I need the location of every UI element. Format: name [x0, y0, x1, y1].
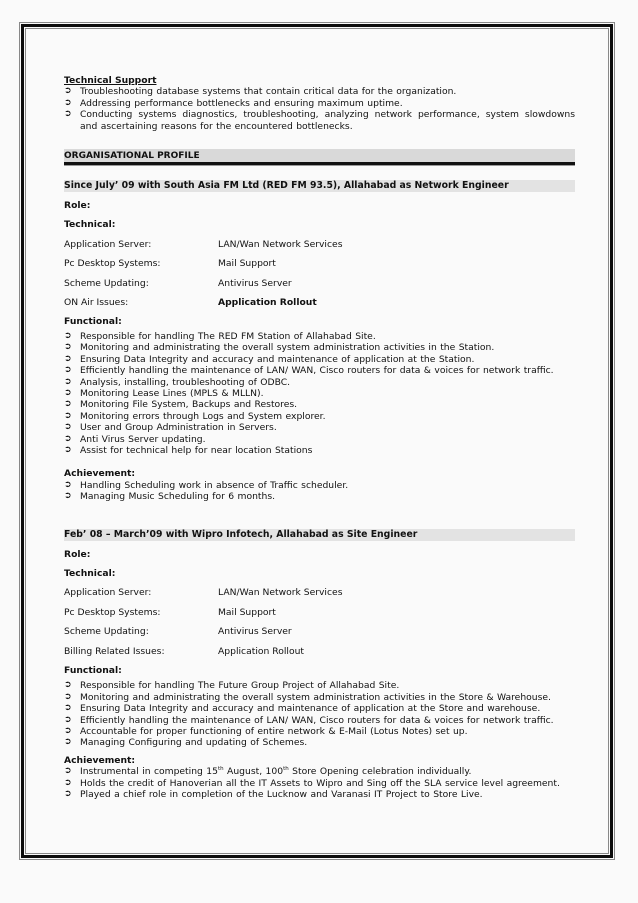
arrow-bullet-icon: ➲	[64, 377, 72, 388]
organisational-profile-header: ORGANISATIONAL PROFILE	[64, 150, 575, 165]
arrow-bullet-icon: ➲	[64, 411, 72, 422]
list-item: ➲Monitoring and administrating the overa…	[64, 692, 575, 703]
arrow-bullet-icon: ➲	[64, 766, 72, 777]
list-item: ➲Instrumental in competing 15th August, …	[64, 766, 575, 777]
list-item: ➲Analysis, installing, troubleshooting o…	[64, 377, 575, 388]
list-item: ➲Troubleshooting database systems that c…	[64, 86, 575, 97]
list-item: ➲Responsible for handling The RED FM Sta…	[64, 331, 575, 342]
list-item: ➲Assist for technical help for near loca…	[64, 445, 575, 456]
arrow-bullet-icon: ➲	[64, 445, 72, 456]
list-item: ➲Anti Virus Server updating.	[64, 434, 575, 445]
technical-support-list: ➲Troubleshooting database systems that c…	[64, 86, 575, 132]
technical-support-title: Technical Support	[64, 75, 575, 86]
functional-list: ➲Responsible for handling The Future Gro…	[64, 680, 575, 748]
list-item: ➲Addressing performance bottlenecks and …	[64, 98, 575, 109]
functional-list: ➲Responsible for handling The RED FM Sta…	[64, 331, 575, 456]
list-item: ➲Holds the credit of Hanoverian all the …	[64, 778, 575, 789]
achievement-list: ➲Instrumental in competing 15th August, …	[64, 766, 575, 800]
arrow-bullet-icon: ➲	[64, 354, 72, 365]
technical-row: Pc Desktop Systems:Mail Support	[64, 607, 575, 618]
arrow-bullet-icon: ➲	[64, 434, 72, 445]
arrow-bullet-icon: ➲	[64, 86, 72, 97]
list-item: ➲Played a chief role in completion of th…	[64, 789, 575, 800]
list-item: ➲Ensuring Data Integrity and accuracy an…	[64, 703, 575, 714]
arrow-bullet-icon: ➲	[64, 365, 72, 376]
list-item: ➲Efficiently handling the maintenance of…	[64, 715, 575, 726]
role-label: Role:	[64, 549, 575, 560]
technical-row: Pc Desktop Systems:Mail Support	[64, 258, 575, 269]
list-item: ➲Handling Scheduling work in absence of …	[64, 480, 575, 491]
list-item: ➲User and Group Administration in Server…	[64, 422, 575, 433]
technical-label: Technical:	[64, 568, 575, 579]
list-item: ➲Monitoring and administrating the overa…	[64, 342, 575, 353]
achievement-label: Achievement:	[64, 755, 575, 766]
list-item: ➲Monitoring File System, Backups and Res…	[64, 399, 575, 410]
arrow-bullet-icon: ➲	[64, 399, 72, 410]
list-item: ➲Managing Music Scheduling for 6 months.	[64, 491, 575, 502]
arrow-bullet-icon: ➲	[64, 491, 72, 502]
job-heading: Feb’ 08 – March’09 with Wipro Infotech, …	[64, 529, 575, 541]
achievement-label: Achievement:	[64, 468, 575, 479]
technical-row: Application Server:LAN/Wan Network Servi…	[64, 239, 575, 250]
list-item: ➲Managing Configuring and updating of Sc…	[64, 737, 575, 748]
role-label: Role:	[64, 200, 575, 211]
achievement-list: ➲Handling Scheduling work in absence of …	[64, 480, 575, 503]
arrow-bullet-icon: ➲	[64, 422, 72, 433]
job-heading: Since July’ 09 with South Asia FM Ltd (R…	[64, 180, 575, 192]
arrow-bullet-icon: ➲	[64, 342, 72, 353]
resume-page: Technical Support ➲Troubleshooting datab…	[64, 75, 575, 800]
arrow-bullet-icon: ➲	[64, 715, 72, 726]
arrow-bullet-icon: ➲	[64, 692, 72, 703]
technical-row: Scheme Updating:Antivirus Server	[64, 278, 575, 289]
list-item: ➲Monitoring Lease Lines (MPLS & MLLN).	[64, 388, 575, 399]
list-item: ➲Efficiently handling the maintenance of…	[64, 365, 575, 376]
arrow-bullet-icon: ➲	[64, 388, 72, 399]
arrow-bullet-icon: ➲	[64, 480, 72, 491]
arrow-bullet-icon: ➲	[64, 778, 72, 789]
arrow-bullet-icon: ➲	[64, 737, 72, 748]
arrow-bullet-icon: ➲	[64, 680, 72, 691]
arrow-bullet-icon: ➲	[64, 703, 72, 714]
list-item: ➲Responsible for handling The Future Gro…	[64, 680, 575, 691]
technical-row: Scheme Updating:Antivirus Server	[64, 626, 575, 637]
technical-row: Billing Related Issues:Application Rollo…	[64, 646, 575, 657]
functional-label: Functional:	[64, 665, 575, 676]
arrow-bullet-icon: ➲	[64, 331, 72, 342]
list-item: ➲Accountable for proper functioning of e…	[64, 726, 575, 737]
technical-row: ON Air Issues:Application Rollout	[64, 297, 575, 308]
functional-label: Functional:	[64, 316, 575, 327]
list-item: ➲Monitoring errors through Logs and Syst…	[64, 411, 575, 422]
arrow-bullet-icon: ➲	[64, 726, 72, 737]
technical-label: Technical:	[64, 219, 575, 230]
arrow-bullet-icon: ➲	[64, 789, 72, 800]
list-item: ➲Ensuring Data Integrity and accuracy an…	[64, 354, 575, 365]
technical-row: Application Server:LAN/Wan Network Servi…	[64, 587, 575, 598]
arrow-bullet-icon: ➲	[64, 98, 72, 109]
arrow-bullet-icon: ➲	[64, 109, 72, 120]
list-item: ➲Conducting systems diagnostics, trouble…	[64, 109, 575, 132]
